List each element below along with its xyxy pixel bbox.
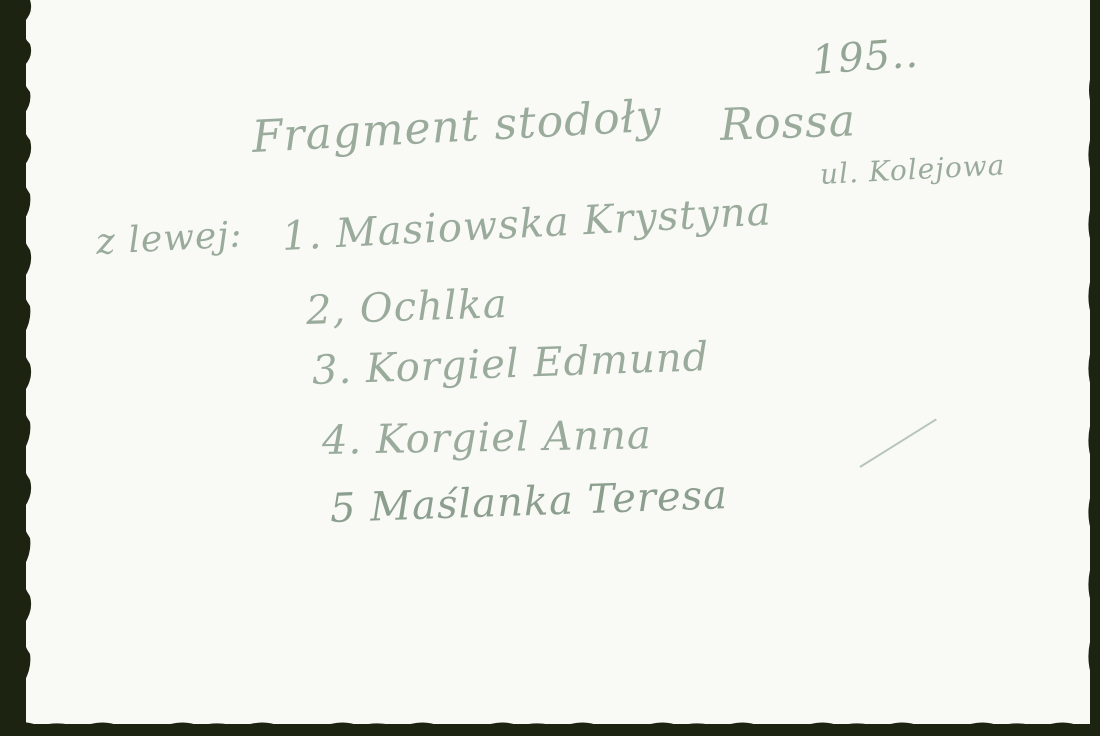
photo-back: 195.. Fragment stodoły Rossa ul. Kolejow…: [0, 0, 1100, 736]
person-number: 4.: [322, 417, 363, 464]
caption-lead: z lewej:: [95, 214, 244, 263]
person-number: 5: [329, 485, 357, 532]
date-note: 195..: [810, 31, 920, 84]
title-name-note: Rossa: [719, 95, 857, 151]
person-number: 1.: [281, 212, 324, 260]
person-name: Ochlka: [359, 281, 508, 332]
person-number: 3.: [311, 347, 353, 394]
person-list-item: 2, Ochlka: [305, 281, 508, 334]
person-name: Korgiel Anna: [375, 412, 652, 463]
person-number: 2,: [305, 287, 347, 334]
person-list-item: 4. Korgiel Anna: [322, 412, 653, 464]
